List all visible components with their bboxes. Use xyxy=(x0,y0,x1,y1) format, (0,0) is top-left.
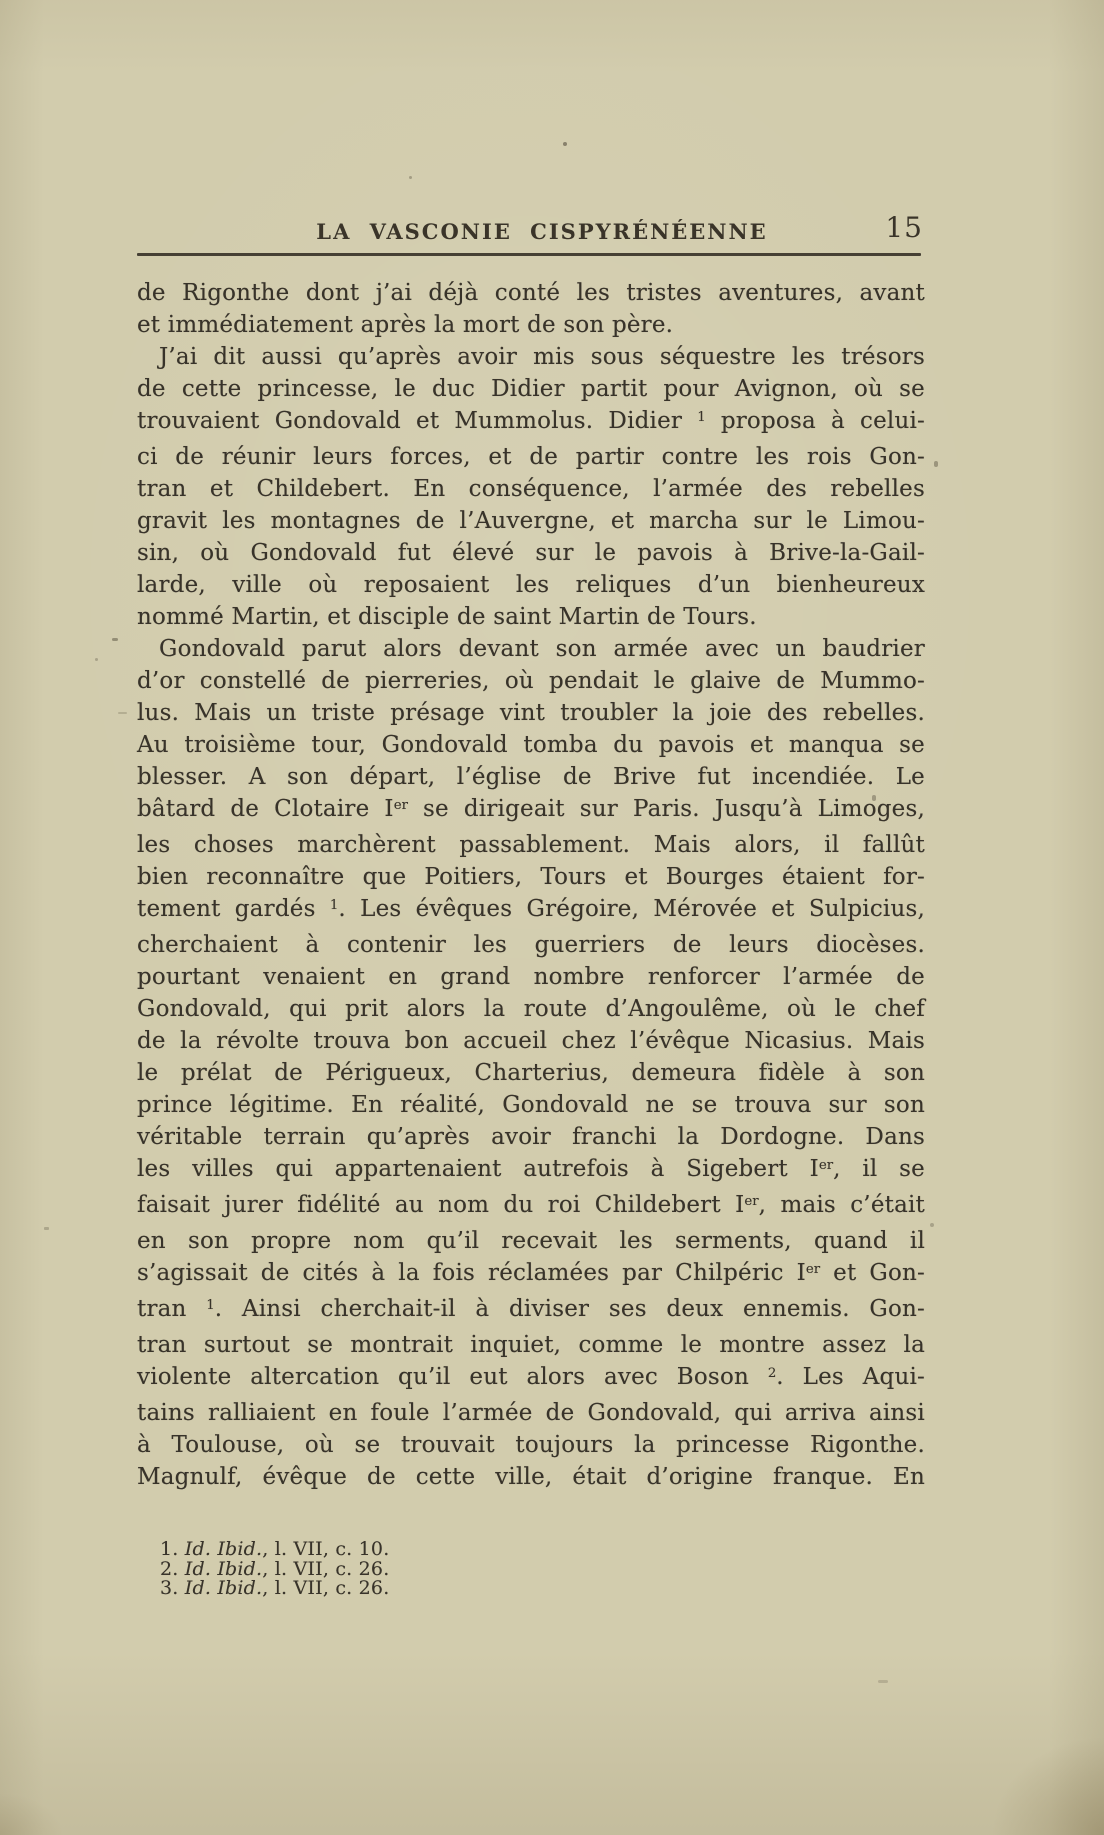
paper-speck xyxy=(934,461,938,467)
footnote-ref: 1 xyxy=(206,1298,214,1313)
text-segment: , l. VII, c. 26. xyxy=(262,1577,389,1599)
text-line: s’agissait de cités à la fois réclamées … xyxy=(137,1257,925,1293)
text-segment: ci de réunir leurs forces, et de partir … xyxy=(137,444,925,470)
text-segment: cherchaient à contenir les guerriers de … xyxy=(137,932,925,958)
text-segment: le prélat de Périgueux, Charterius, deme… xyxy=(137,1060,925,1086)
text-segment: se dirigeait sur Paris. Jusqu’à Limoges, xyxy=(408,796,925,822)
text-segment: Gondovald parut alors devant son armée a… xyxy=(159,636,925,662)
text-line: nommé Martin, et disciple de saint Marti… xyxy=(137,601,925,633)
text-segment: nommé Martin, et disciple de saint Marti… xyxy=(137,604,757,630)
text-segment: en son propre nom qu’il recevait les ser… xyxy=(137,1228,925,1254)
text-line: bâtard de Clotaire Ier se dirigeait sur … xyxy=(137,793,925,829)
text-segment: et Gon- xyxy=(820,1260,925,1286)
footnote-ref: 1 xyxy=(697,410,705,425)
footnotes: 1. Id. Ibid., l. VII, c. 10.2. Id. Ibid.… xyxy=(160,1540,820,1599)
text-segment: prince légitime. En réalité, Gondovald n… xyxy=(137,1092,925,1118)
text-segment: . Ainsi cherchait-il à diviser ses deux … xyxy=(215,1296,925,1322)
text-line: de la révolte trouva bon accueil chez l’… xyxy=(137,1025,925,1057)
text-segment: larde, ville où reposaient les reliques … xyxy=(137,572,925,598)
text-segment: Id. Ibid. xyxy=(185,1577,263,1599)
text-line: lus. Mais un triste présage vint trouble… xyxy=(137,697,925,729)
paper-speck xyxy=(112,638,118,641)
text-line: larde, ville où reposaient les reliques … xyxy=(137,569,925,601)
footnote-ref: er xyxy=(744,1194,758,1209)
paper-speck xyxy=(409,176,412,179)
text-line: les villes qui appartenaient autrefois à… xyxy=(137,1153,925,1189)
text-segment: sin, où Gondovald fut élevé sur le pavoi… xyxy=(137,540,925,566)
text-segment: , mais c’était xyxy=(759,1192,925,1218)
text-line: bien reconnaître que Poitiers, Tours et … xyxy=(137,861,925,893)
text-segment: lus. Mais un triste présage vint trouble… xyxy=(137,700,925,726)
text-line: tains ralliaient en foule l’armée de Gon… xyxy=(137,1397,925,1429)
text-line: en son propre nom qu’il recevait les ser… xyxy=(137,1225,925,1257)
text-segment: violente altercation qu’il eut alors ave… xyxy=(137,1364,768,1390)
text-segment: tran surtout se montrait inquiet, comme … xyxy=(137,1332,925,1358)
text-segment: Au troisième tour, Gondovald tomba du pa… xyxy=(137,732,925,758)
paper-speck xyxy=(44,1227,49,1230)
text-line: tement gardés 1. Les évêques Grégoire, M… xyxy=(137,893,925,929)
footnote-ref: er xyxy=(819,1158,833,1173)
text-segment: tains ralliaient en foule l’armée de Gon… xyxy=(137,1400,925,1426)
body-text: de Rigonthe dont j’ai déjà conté les tri… xyxy=(137,277,925,1493)
text-segment: bâtard de Clotaire I xyxy=(137,796,394,822)
text-line: à Toulouse, où se trouvait toujours la p… xyxy=(137,1429,925,1461)
text-segment: proposa à celui- xyxy=(706,408,925,434)
paper-speck xyxy=(95,658,98,661)
footnote-line: 3. Id. Ibid., l. VII, c. 26. xyxy=(160,1579,820,1599)
text-segment: d’or constellé de pierreries, où pendait… xyxy=(137,668,925,694)
text-segment: . Les évêques Grégoire, Mérovée et Sulpi… xyxy=(338,896,925,922)
page-header: LA VASCONIE CISPYRÉNÉENNE 15 xyxy=(137,219,923,253)
footnote-ref: er xyxy=(806,1262,820,1277)
text-segment: tran xyxy=(137,1296,206,1322)
text-line: violente altercation qu’il eut alors ave… xyxy=(137,1361,925,1397)
text-line: pourtant venaient en grand nombre renfor… xyxy=(137,961,925,993)
text-line: sin, où Gondovald fut élevé sur le pavoi… xyxy=(137,537,925,569)
paper-speck xyxy=(878,1680,888,1683)
text-line: véritable terrain qu’après avoir franchi… xyxy=(137,1121,925,1153)
text-segment: Gondovald, qui prit alors la route d’Ang… xyxy=(137,996,925,1022)
book-page: LA VASCONIE CISPYRÉNÉENNE 15 de Rigonthe… xyxy=(0,0,1104,1835)
text-line: de Rigonthe dont j’ai déjà conté les tri… xyxy=(137,277,925,309)
text-line: gravit les montagnes de l’Auvergne, et m… xyxy=(137,505,925,537)
paper-speck xyxy=(872,795,876,801)
footnote-ref: er xyxy=(394,798,408,813)
text-segment: à Toulouse, où se trouvait toujours la p… xyxy=(137,1432,925,1458)
text-line: le prélat de Périgueux, Charterius, deme… xyxy=(137,1057,925,1089)
text-line: prince légitime. En réalité, Gondovald n… xyxy=(137,1089,925,1121)
text-line: Magnulf, évêque de cette ville, était d’… xyxy=(137,1461,925,1493)
text-line: blesser. A son départ, l’église de Brive… xyxy=(137,761,925,793)
text-line: tran surtout se montrait inquiet, comme … xyxy=(137,1329,925,1361)
text-line: tran et Childebert. En conséquence, l’ar… xyxy=(137,473,925,505)
text-segment: et immédiatement après la mort de son pè… xyxy=(137,312,673,338)
text-segment: les choses marchèrent passablement. Mais… xyxy=(137,832,925,858)
paper-speck xyxy=(563,142,567,146)
text-line: Au troisième tour, Gondovald tomba du pa… xyxy=(137,729,925,761)
text-segment: Magnulf, évêque de cette ville, était d’… xyxy=(137,1464,925,1490)
text-line: d’or constellé de pierreries, où pendait… xyxy=(137,665,925,697)
text-segment: gravit les montagnes de l’Auvergne, et m… xyxy=(137,508,925,534)
text-segment: . Les Aqui- xyxy=(776,1364,925,1390)
text-segment: faisait jurer fidélité au nom du roi Chi… xyxy=(137,1192,744,1218)
text-segment: tran et Childebert. En conséquence, l’ar… xyxy=(137,476,925,502)
text-segment: tement gardés xyxy=(137,896,330,922)
text-line: de cette princesse, le duc Didier partit… xyxy=(137,373,925,405)
text-segment: , il se xyxy=(833,1156,925,1182)
text-line: tran 1. Ainsi cherchait-il à diviser ses… xyxy=(137,1293,925,1329)
footnote-ref: 1 xyxy=(330,898,338,913)
text-line: Gondovald parut alors devant son armée a… xyxy=(137,633,925,665)
text-segment: les villes qui appartenaient autrefois à… xyxy=(137,1156,819,1182)
text-segment: de la révolte trouva bon accueil chez l’… xyxy=(137,1028,925,1054)
text-segment: de Rigonthe dont j’ai déjà conté les tri… xyxy=(137,280,925,306)
paper-speck xyxy=(118,712,127,714)
text-segment: pourtant venaient en grand nombre renfor… xyxy=(137,964,925,990)
text-line: et immédiatement après la mort de son pè… xyxy=(137,309,925,341)
text-segment: bien reconnaître que Poitiers, Tours et … xyxy=(137,864,925,890)
text-segment: de cette princesse, le duc Didier partit… xyxy=(137,376,925,402)
text-segment: véritable terrain qu’après avoir franchi… xyxy=(137,1124,925,1150)
text-line: faisait jurer fidélité au nom du roi Chi… xyxy=(137,1189,925,1225)
paper-speck xyxy=(930,1223,934,1227)
text-segment: blesser. A son départ, l’église de Brive… xyxy=(137,764,925,790)
running-title: LA VASCONIE CISPYRÉNÉENNE xyxy=(149,219,935,244)
text-line: ci de réunir leurs forces, et de partir … xyxy=(137,441,925,473)
text-line: J’ai dit aussi qu’après avoir mis sous s… xyxy=(137,341,925,373)
footnote-ref: 2 xyxy=(768,1366,776,1381)
text-line: Gondovald, qui prit alors la route d’Ang… xyxy=(137,993,925,1025)
page-number: 15 xyxy=(885,211,923,244)
text-line: les choses marchèrent passablement. Mais… xyxy=(137,829,925,861)
text-segment: s’agissait de cités à la fois réclamées … xyxy=(137,1260,806,1286)
text-line: cherchaient à contenir les guerriers de … xyxy=(137,929,925,961)
text-segment: J’ai dit aussi qu’après avoir mis sous s… xyxy=(159,344,925,370)
header-rule xyxy=(137,253,921,256)
text-segment: 3. xyxy=(160,1577,185,1599)
text-line: trouvaient Gondovald et Mummolus. Didier… xyxy=(137,405,925,441)
text-segment: trouvaient Gondovald et Mummolus. Didier xyxy=(137,408,697,434)
